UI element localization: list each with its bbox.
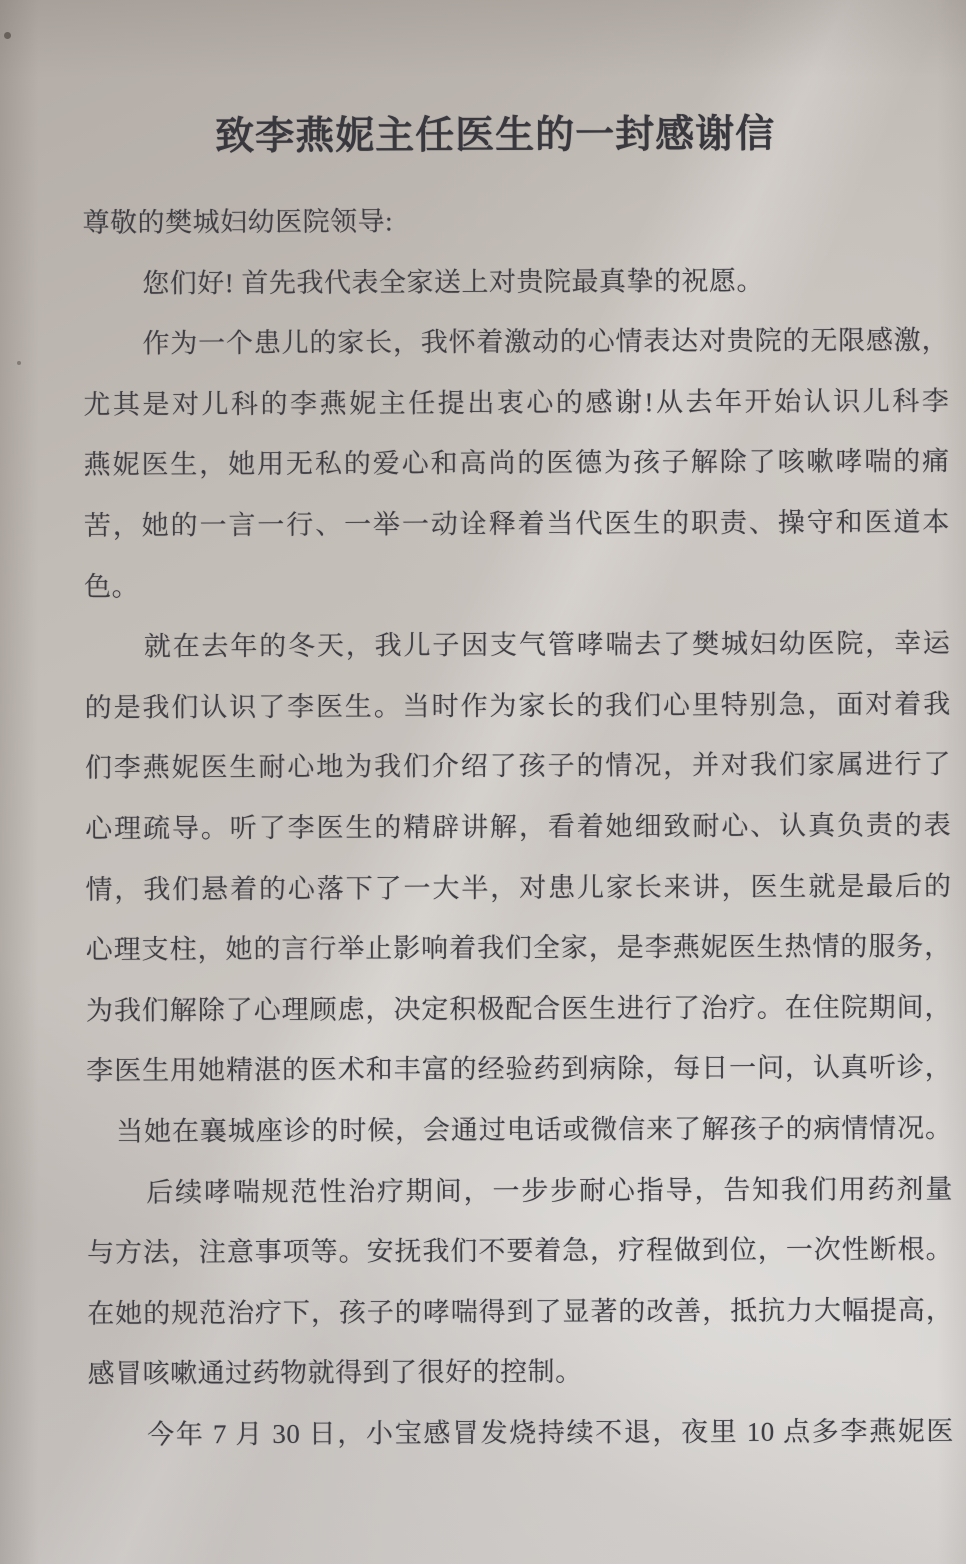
letter-line: 们李燕妮医生耐心地为我们介绍了孩子的情况，并对我们家属进行了 xyxy=(85,734,951,798)
letter-line: 为我们解除了心理顾虑，决定积极配合医生进行了治疗。在住院期间， xyxy=(86,977,952,1041)
letter-line: 在她的规范治疗下，孩子的哮喘得到了显著的改善，抵抗力大幅提高， xyxy=(87,1280,953,1344)
letter-line: 就在去年的冬天，我儿子因支气管哮喘去了樊城妇幼医院，幸运 xyxy=(84,613,950,677)
letter-line: 与方法，注意事项等。安抚我们不要着急，疗程做到位，一次性断根。 xyxy=(87,1219,953,1283)
letter-line: 今年 7 月 30 日，小宝感冒发烧持续不退，夜里 10 点多李燕妮医 xyxy=(88,1401,954,1465)
letter-body: 尊敬的樊城妇幼医院领导: 您们好! 首先我代表全家送上对贵院最真挚的祝愿。 作为… xyxy=(82,189,954,1465)
letter-title: 致李燕妮主任医生的一封感谢信 xyxy=(0,102,963,162)
letter-line: 李医生用她精湛的医术和丰富的经验药到病除，每日一问，认真听诊， xyxy=(86,1037,952,1101)
letter-line: 作为一个患儿的家长，我怀着激动的心情表达对贵院的无限感激， xyxy=(83,310,949,374)
letter-line: 心理疏导。听了李医生的精辟讲解，看着她细致耐心、认真负责的表 xyxy=(85,795,951,859)
letter-line: 苦，她的一言一行、一举一动诠释着当代医生的职责、操守和医道本 xyxy=(84,492,950,556)
letter-line: 色。 xyxy=(84,553,950,617)
letter-content: 致李燕妮主任医生的一封感谢信 尊敬的樊城妇幼医院领导: 您们好! 首先我代表全家… xyxy=(0,0,966,1564)
letter-line: 尤其是对儿科的李燕妮主任提出衷心的感谢!从去年开始认识儿科李 xyxy=(83,371,949,435)
letter-line: 的是我们认识了李医生。当时作为家长的我们心里特别急，面对着我 xyxy=(85,674,951,738)
letter-line: 当她在襄城座诊的时候，会通过电话或微信来了解孩子的病情情况。 xyxy=(86,1098,952,1162)
letter-line: 后续哮喘规范性治疗期间，一步步耐心指导，告知我们用药剂量 xyxy=(87,1158,953,1222)
letter-line: 感冒咳嗽通过药物就得到了很好的控制。 xyxy=(87,1340,953,1404)
letter-line: 情，我们悬着的心落下了一大半，对患儿家长来讲，医生就是最后的 xyxy=(85,855,951,919)
letter-salutation: 尊敬的樊城妇幼医院领导: xyxy=(82,189,948,253)
letter-line: 心理支柱，她的言行举止影响着我们全家，是李燕妮医生热情的服务， xyxy=(86,916,952,980)
letter-line: 燕妮医生，她用无私的爱心和高尚的医德为孩子解除了咳嗽哮喘的痛 xyxy=(83,431,949,495)
letter-photo: 致李燕妮主任医生的一封感谢信 尊敬的樊城妇幼医院领导: 您们好! 首先我代表全家… xyxy=(0,0,966,1564)
letter-line: 您们好! 首先我代表全家送上对贵院最真挚的祝愿。 xyxy=(83,250,949,314)
